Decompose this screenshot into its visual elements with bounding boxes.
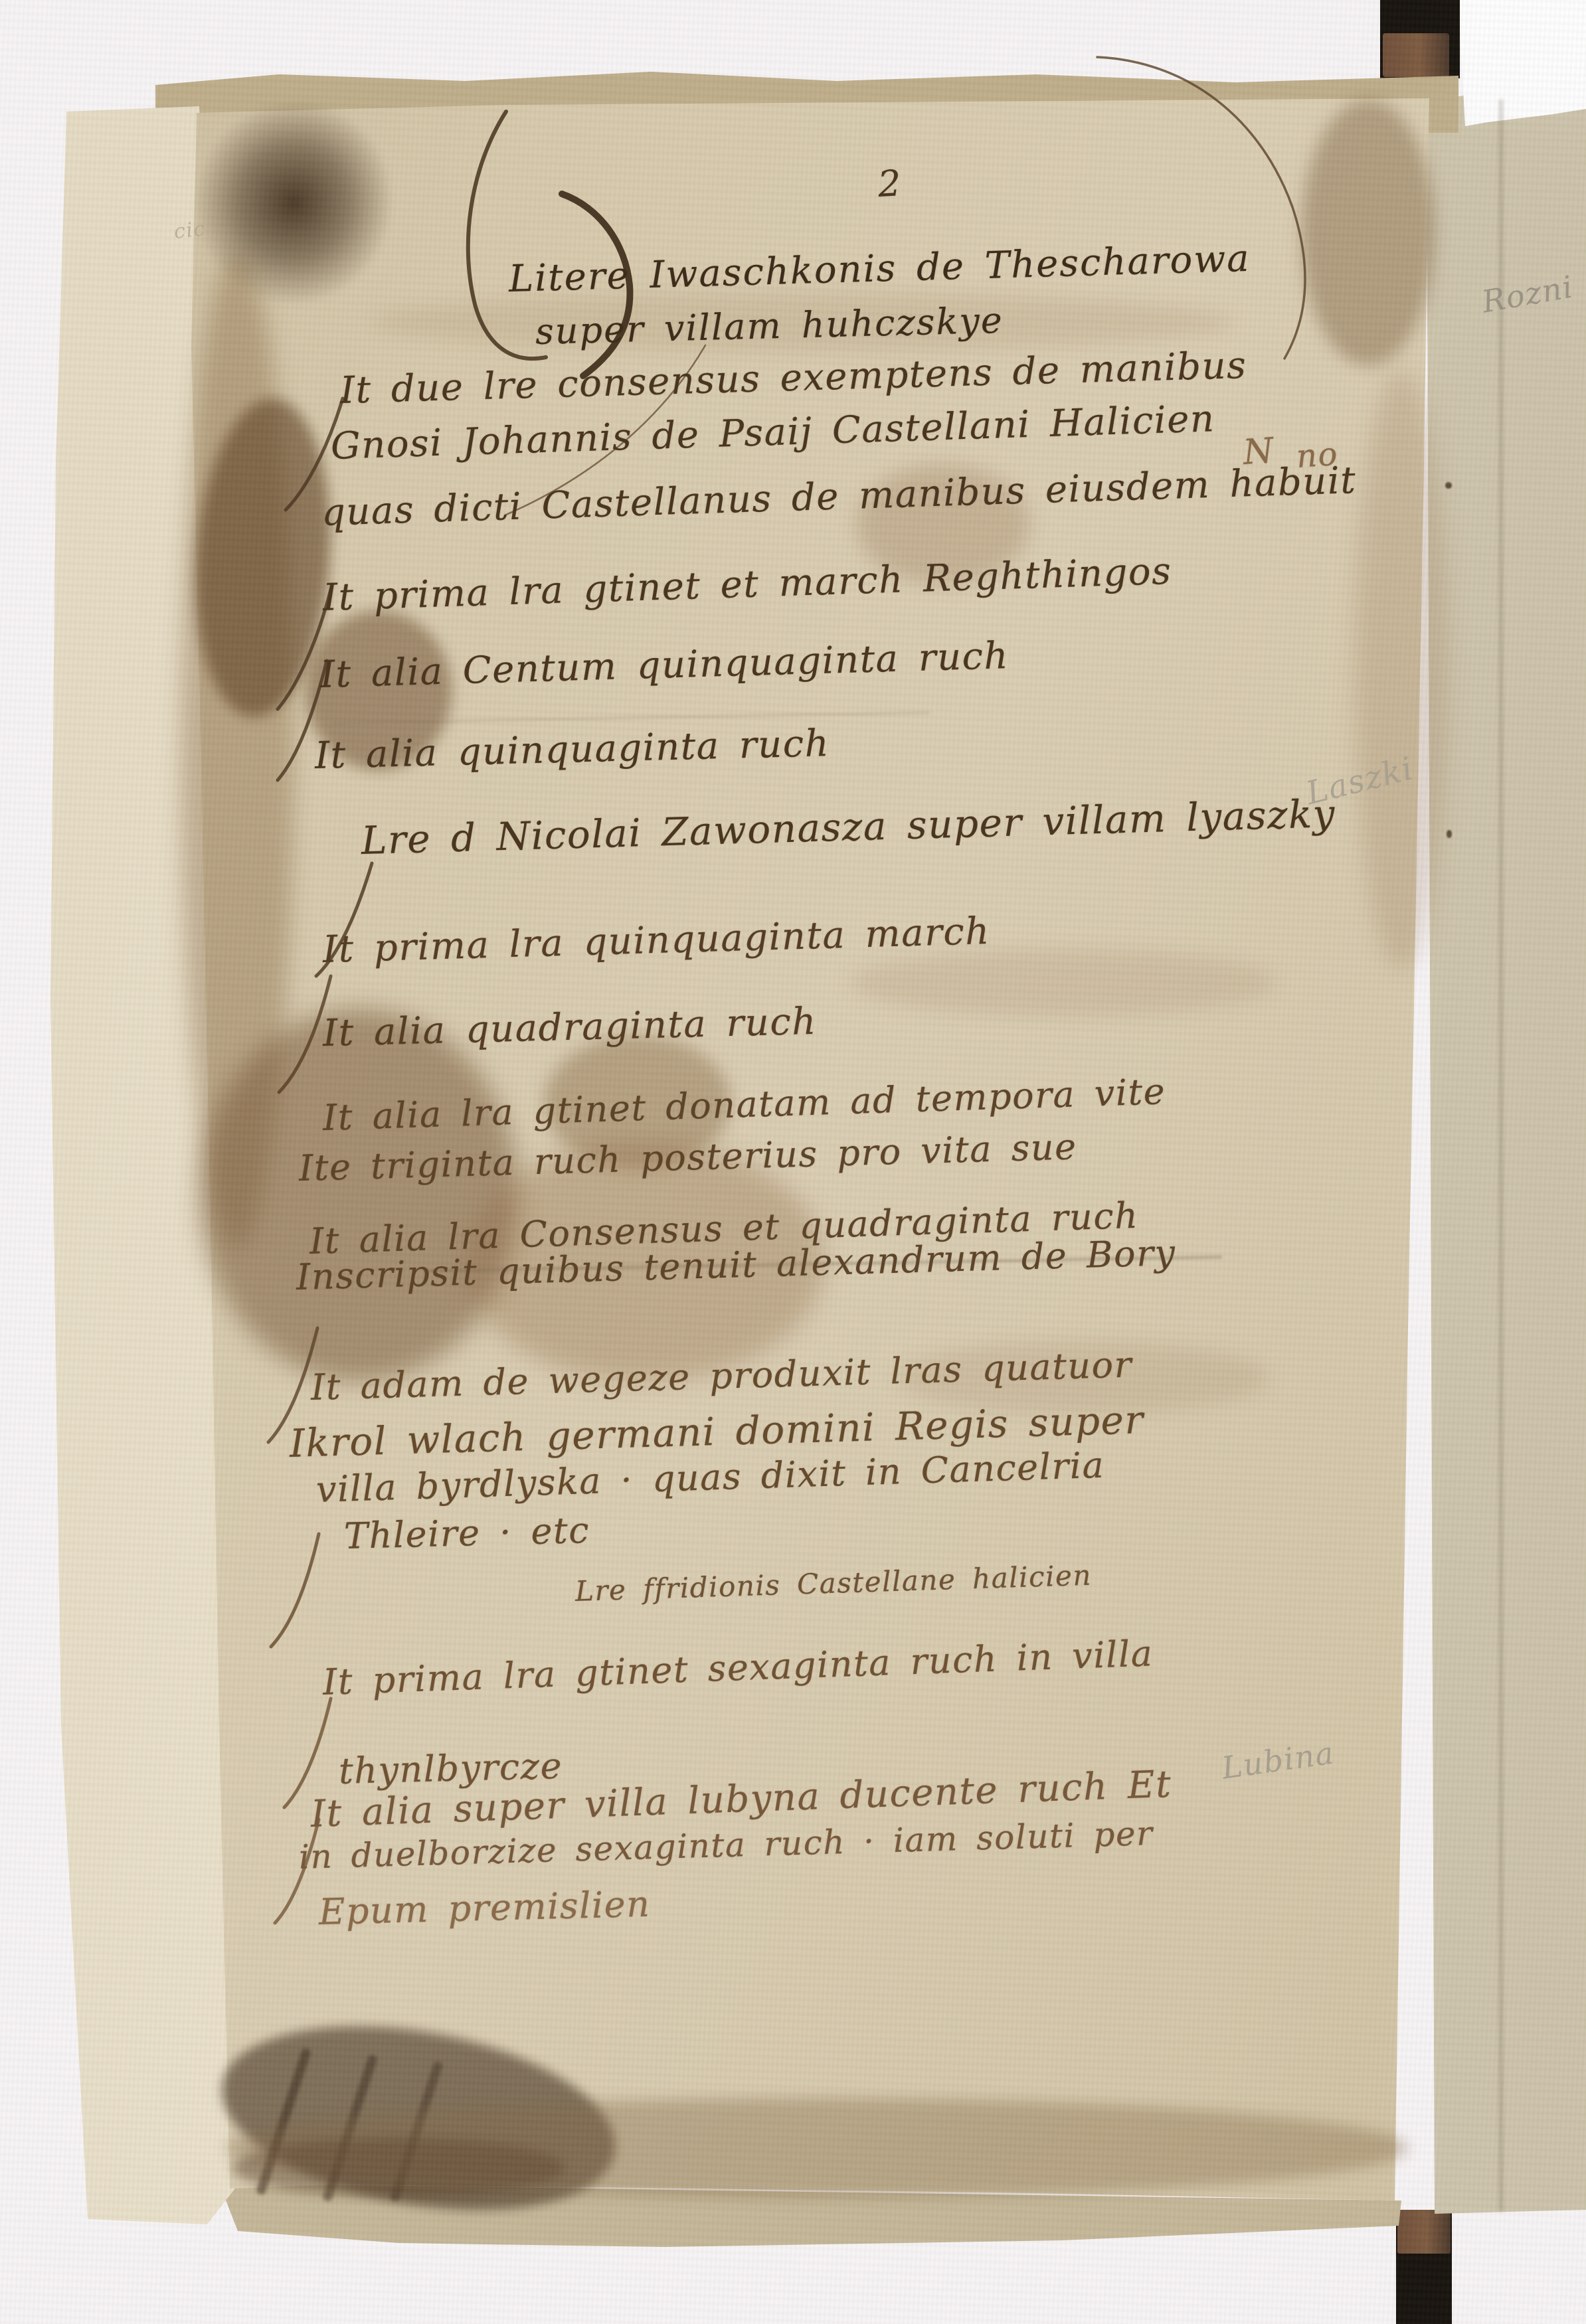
entry-line: It prima lra gtinet sexaginta ruch in vi…	[322, 1632, 1154, 1703]
entry-line: It alia quinquaginta ruch	[314, 722, 830, 778]
margin-note-faint: cic	[173, 217, 207, 244]
entry-line: It adam de wegeze produxit lras quatuor	[310, 1343, 1133, 1408]
section-heading-ffridionis: Lre ffridionis Castellane halicien	[574, 1559, 1092, 1608]
margin-note-rozn: Rozni	[1479, 268, 1576, 319]
entry-line: It alia Centum quinquaginta ruch	[319, 634, 1010, 697]
entry-line: Thleire · etc	[343, 1509, 590, 1557]
margin-note-laszki: Laszki	[1302, 750, 1417, 812]
folio-number: 2	[877, 162, 903, 205]
entry-line: Epum premislien	[318, 1883, 651, 1933]
section-heading-nicolai: Lre d Nicolai Zawonasza super villam lya…	[361, 791, 1336, 863]
margin-note-lubina: Lubina	[1219, 1735, 1336, 1786]
manuscript-scan: 2 Litere Iwaschkonis de Thescharowa supe…	[0, 0, 1586, 2324]
margin-note-n: N	[1242, 431, 1276, 473]
entry-line: quas dicti Castellanus de manibus eiusde…	[321, 459, 1357, 535]
text-layer: 2 Litere Iwaschkonis de Thescharowa supe…	[0, 0, 1586, 2324]
entry-line: It prima lra quinquaginta march	[322, 910, 990, 971]
entry-line: It prima lra gtinet et march Reghthingos	[322, 550, 1172, 620]
entry-line: It alia quadraginta ruch	[322, 1000, 817, 1055]
title-line-2: super villam huhczskye	[535, 299, 1004, 353]
margin-note-no: no	[1295, 436, 1340, 475]
title-line-1: Litere Iwaschkonis de Thescharowa	[508, 237, 1251, 301]
